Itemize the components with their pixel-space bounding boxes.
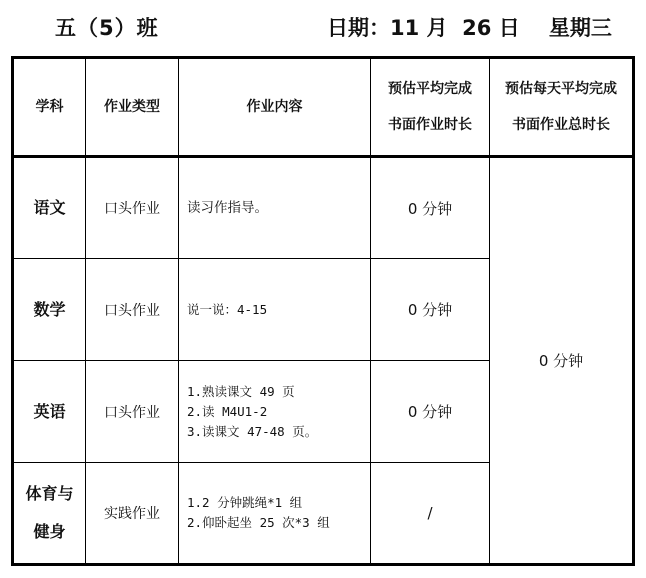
col-total-duration-line2: 书面作业总时长: [490, 107, 632, 143]
col-subject: 学科: [13, 58, 86, 157]
duration-cell: 0 分钟: [371, 157, 490, 259]
table-row: 语文 口头作业 读习作指导。 0 分钟 0 分钟: [13, 157, 634, 259]
col-content: 作业内容: [179, 58, 371, 157]
content-line: 1.熟读课文 49 页: [187, 382, 370, 402]
subject-cell: 语文: [13, 157, 86, 259]
date-line: 日期：11 月 26 日 星期三: [327, 12, 612, 42]
content-line: 读习作指导。: [187, 198, 370, 218]
subject-cell: 体育与健身: [13, 463, 86, 565]
content-line: 2.读 M4U1-2: [187, 402, 370, 422]
duration-cell: 0 分钟: [371, 259, 490, 361]
subject-cell: 数学: [13, 259, 86, 361]
subject-line: 健身: [14, 513, 85, 551]
content-cell: 1.熟读课文 49 页 2.读 M4U1-2 3.读课文 47-48 页。: [179, 361, 371, 463]
col-avg-duration-line1: 预估平均完成: [371, 71, 489, 107]
homework-table: 学科 作业类型 作业内容 预估平均完成书面作业时长 预估每天平均完成书面作业总时…: [11, 56, 635, 566]
content-cell: 读习作指导。: [179, 157, 371, 259]
title-bar: 五（5）班 日期：11 月 26 日 星期三: [0, 0, 646, 56]
col-total-duration: 预估每天平均完成书面作业总时长: [490, 58, 634, 157]
subject-cell: 英语: [13, 361, 86, 463]
col-type: 作业类型: [86, 58, 179, 157]
col-avg-duration: 预估平均完成书面作业时长: [371, 58, 490, 157]
type-cell: 口头作业: [86, 361, 179, 463]
content-line: 说一说：4-15: [187, 300, 370, 320]
type-cell: 口头作业: [86, 157, 179, 259]
type-cell: 实践作业: [86, 463, 179, 565]
type-cell: 口头作业: [86, 259, 179, 361]
header-row: 学科 作业类型 作业内容 预估平均完成书面作业时长 预估每天平均完成书面作业总时…: [13, 58, 634, 157]
duration-cell: 0 分钟: [371, 361, 490, 463]
content-cell: 说一说：4-15: [179, 259, 371, 361]
content-cell: 1.2 分钟跳绳*1 组 2.仰卧起坐 25 次*3 组: [179, 463, 371, 565]
total-duration-cell: 0 分钟: [490, 157, 634, 565]
subject-line: 体育与: [14, 475, 85, 513]
duration-cell: /: [371, 463, 490, 565]
col-total-duration-line1: 预估每天平均完成: [490, 71, 632, 107]
content-line: 2.仰卧起坐 25 次*3 组: [187, 513, 370, 533]
class-name: 五（5）班: [55, 12, 159, 42]
content-line: 3.读课文 47-48 页。: [187, 422, 370, 442]
content-line: 1.2 分钟跳绳*1 组: [187, 493, 370, 513]
col-avg-duration-line2: 书面作业时长: [371, 107, 489, 143]
